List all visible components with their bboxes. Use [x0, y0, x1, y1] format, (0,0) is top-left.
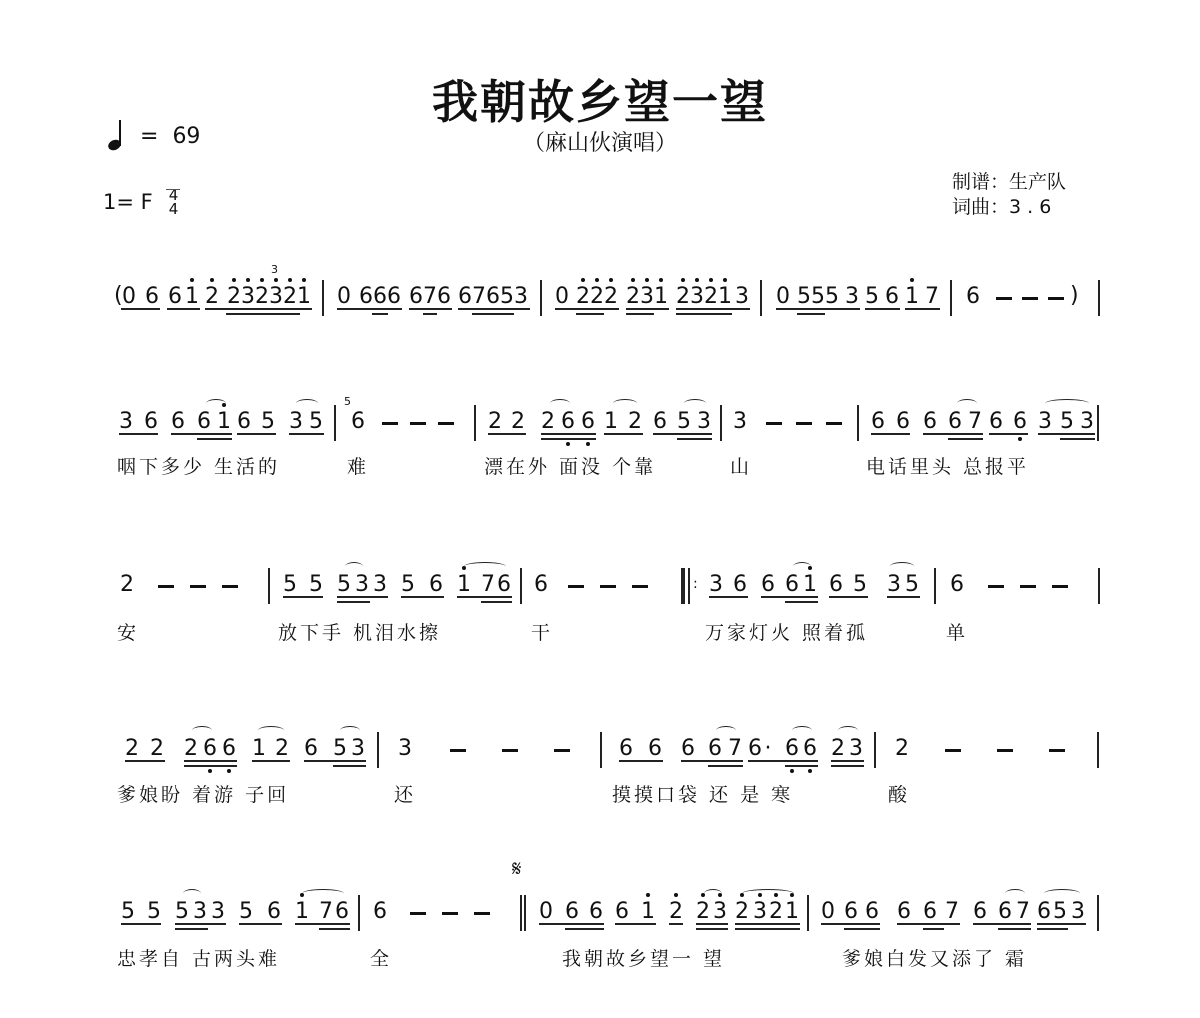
beam-underline: [481, 601, 512, 603]
beam-underline: [423, 313, 437, 315]
lyric-text: 爹娘盼 着游 子回: [117, 780, 289, 807]
beam-underline: [488, 433, 526, 435]
note: 5: [797, 284, 811, 309]
note: 3: [373, 572, 387, 597]
note: 6: [803, 736, 817, 761]
dash-sustain: [1022, 297, 1038, 300]
note: 6: [948, 409, 962, 434]
note: 2: [255, 284, 269, 309]
beam-underline: [197, 438, 232, 440]
note: 2: [275, 736, 289, 761]
note: 6: [844, 899, 858, 924]
lyric-text: 放下手 机泪水擦: [278, 618, 441, 645]
lyric-text: 还: [394, 780, 416, 807]
lyric-text: 电话里头 总报平: [866, 452, 1029, 479]
note: 7: [728, 736, 742, 761]
note: 6: [865, 899, 879, 924]
slur: [340, 726, 360, 735]
beam-underline: [776, 308, 860, 310]
beam-underline: [119, 433, 158, 435]
note: 6: [589, 899, 603, 924]
beam-underline: [761, 596, 818, 598]
beam-underline: [1060, 438, 1095, 440]
credit-arranger: 制谱：生产队: [952, 170, 1066, 195]
beam-underline: [897, 923, 960, 925]
beam-underline: [121, 308, 160, 310]
note: 2: [696, 899, 710, 924]
note: 5: [677, 409, 691, 434]
beam-underline: [676, 308, 750, 310]
octave-dot-below: [808, 769, 812, 773]
beam-underline: [696, 928, 728, 930]
note: 5: [175, 899, 189, 924]
note: 6: [359, 284, 373, 309]
note: 3: [241, 284, 255, 309]
note: 1: [905, 284, 919, 309]
slur: [464, 562, 506, 571]
note: 1: [803, 572, 817, 597]
note: 2: [831, 736, 845, 761]
dash-sustain: [1048, 297, 1064, 300]
dash-sustain: [190, 585, 206, 588]
note: 6: [733, 572, 747, 597]
octave-dot-above: [709, 278, 713, 282]
note: 1: [641, 899, 655, 924]
note: 6: [458, 284, 472, 309]
note: 6: [145, 284, 159, 309]
barline: [760, 280, 762, 316]
lyric-text: 忠孝自 古两头难: [117, 944, 280, 971]
grace-note: 5: [344, 395, 351, 408]
beam-underline: [669, 923, 683, 925]
beam-underline: [409, 308, 452, 310]
barline: [857, 405, 859, 441]
beam-underline: [252, 760, 290, 762]
beam-underline: [626, 313, 654, 315]
note: 2: [488, 409, 502, 434]
beam-underline: [401, 596, 444, 598]
beam-underline: [458, 308, 530, 310]
note: 0: [122, 284, 136, 309]
octave-dot-above: [631, 278, 635, 282]
note: 7: [472, 284, 486, 309]
note: 6: [998, 899, 1012, 924]
note: 6: [708, 736, 722, 761]
note: 3: [640, 284, 654, 309]
note: 6: [203, 736, 217, 761]
barline: [334, 405, 336, 441]
note: 5: [1053, 899, 1067, 924]
barline: [934, 568, 936, 604]
beam-underline: [539, 923, 604, 925]
beam-underline: [831, 765, 864, 767]
barline: [1098, 280, 1100, 316]
note: 6: [923, 409, 937, 434]
beam-underline: [1038, 433, 1095, 435]
note: 3: [514, 284, 528, 309]
dash-sustain: [1052, 585, 1068, 588]
note: 2: [283, 284, 297, 309]
barline: [474, 405, 476, 441]
slur: [792, 726, 812, 735]
quarter-note-icon: [106, 120, 126, 152]
octave-dot-below: [566, 442, 570, 446]
note: 3: [269, 284, 283, 309]
octave-dot-above: [288, 278, 292, 282]
beam-underline: [871, 433, 910, 435]
lyric-text: 干: [531, 618, 553, 645]
note: 2: [669, 899, 683, 924]
note: 2: [626, 284, 640, 309]
note: 1: [785, 899, 799, 924]
slur: [345, 562, 363, 571]
note: 2: [150, 736, 164, 761]
beam-underline: [576, 313, 604, 315]
key-signature: 1= F 4 4: [103, 188, 178, 216]
dash-sustain: [474, 912, 490, 915]
beam-underline: [125, 760, 165, 762]
octave-dot-above: [723, 278, 727, 282]
slur: [183, 889, 201, 898]
barline: [520, 568, 522, 604]
note: 5: [500, 284, 514, 309]
dash-sustain: [382, 422, 398, 425]
note: 6: [534, 572, 548, 597]
barline: [1097, 895, 1099, 931]
beam-underline: [998, 928, 1031, 930]
barline: [688, 568, 690, 604]
beam-underline: [748, 760, 818, 762]
note: 6: [989, 409, 1003, 434]
octave-dot-above: [595, 278, 599, 282]
beam-underline: [175, 928, 208, 930]
note: 5: [147, 899, 161, 924]
lyric-text: 难: [347, 452, 369, 479]
beam-underline: [829, 596, 868, 598]
note: 6: [486, 284, 500, 309]
beam-underline: [615, 923, 656, 925]
dash-sustain: [502, 749, 518, 752]
beam-underline: [304, 760, 366, 762]
octave-dot-above: [659, 278, 663, 282]
note: 3: [289, 409, 303, 434]
dash-sustain: [450, 749, 466, 752]
note: 6: [429, 572, 443, 597]
note: 6: [761, 572, 775, 597]
slur: [613, 399, 637, 408]
triplet-number: 3: [271, 263, 278, 276]
note: 2: [590, 284, 604, 309]
beam-underline: [681, 760, 743, 762]
slur: [793, 562, 811, 571]
slur: [206, 399, 226, 408]
dash-sustain: [568, 585, 584, 588]
note: 6: [785, 572, 799, 597]
dash-sustain: [600, 585, 616, 588]
octave-dot-below: [208, 769, 212, 773]
note: 5: [239, 899, 253, 924]
note: 6: [409, 284, 423, 309]
note: 3: [1080, 409, 1094, 434]
barline: [1097, 405, 1099, 441]
note: 2: [895, 736, 909, 761]
slur: [192, 726, 212, 735]
beam-underline: [239, 923, 282, 925]
note: 0: [776, 284, 790, 309]
dash-sustain: [442, 912, 458, 915]
lyric-text: 漂在外 面没 个靠: [484, 452, 656, 479]
note: 7: [925, 284, 939, 309]
note: 5: [401, 572, 415, 597]
octave-dot-above: [210, 278, 214, 282]
note: 2: [541, 409, 555, 434]
octave-dot-above: [609, 278, 613, 282]
note: 6: [829, 572, 843, 597]
note: 6: [581, 409, 595, 434]
note: 3: [193, 899, 207, 924]
beam-underline: [372, 313, 388, 315]
lyric-text: 酸: [888, 780, 910, 807]
note: 3: [697, 409, 711, 434]
note: 5: [865, 284, 879, 309]
beam-underline: [1037, 928, 1068, 930]
note: 3: [713, 899, 727, 924]
dash-sustain: [826, 422, 842, 425]
note: 6: [222, 736, 236, 761]
dash-sustain: [554, 749, 570, 752]
barline: [540, 280, 542, 316]
note: 2: [704, 284, 718, 309]
note: 3: [845, 284, 859, 309]
note: 6: [335, 899, 349, 924]
dash-sustain: [632, 585, 648, 588]
tempo-equals: =: [140, 124, 158, 149]
slur: [1005, 889, 1025, 898]
slur: [296, 399, 318, 408]
octave-dot-above: [674, 893, 678, 897]
beam-underline: [696, 923, 728, 925]
lyric-text: 爹娘白发又添了 霜: [842, 944, 1027, 971]
barline: [720, 405, 722, 441]
note: 2: [676, 284, 690, 309]
slur: [957, 399, 977, 408]
note: 5: [337, 572, 351, 597]
note: 3: [119, 409, 133, 434]
note: 3: [735, 284, 749, 309]
note: 3: [709, 572, 723, 597]
note: 6: [373, 899, 387, 924]
dash-sustain: [438, 422, 454, 425]
note: 2: [628, 409, 642, 434]
note: 5: [1060, 409, 1074, 434]
octave-dot-below: [1018, 437, 1022, 441]
beam-underline: [205, 308, 312, 310]
note: ·: [761, 736, 775, 761]
note: 2: [735, 899, 749, 924]
beam-underline: [821, 923, 880, 925]
note: 6: [648, 736, 662, 761]
slur: [838, 726, 858, 735]
note: 7: [423, 284, 437, 309]
lyric-text: 全: [370, 944, 392, 971]
beam-underline: [923, 928, 944, 930]
note: 6: [171, 409, 185, 434]
note: 7: [319, 899, 333, 924]
close-paren: ): [1070, 283, 1079, 308]
note: 6: [497, 572, 511, 597]
beam-underline: [175, 923, 226, 925]
note: 6: [619, 736, 633, 761]
beam-underline: [604, 433, 643, 435]
note: 6: [373, 284, 387, 309]
note: 6: [561, 409, 575, 434]
note: 5: [811, 284, 825, 309]
dash-sustain: [945, 749, 961, 752]
dash-sustain: [158, 585, 174, 588]
note: 1: [604, 409, 618, 434]
beam-underline: [973, 923, 1031, 925]
lyric-text: 我朝故乡望一 望: [562, 944, 725, 971]
beam-underline: [565, 928, 604, 930]
beam-underline: [541, 438, 596, 440]
slur: [716, 726, 736, 735]
beam-underline: [337, 308, 402, 310]
note: 3: [1071, 899, 1085, 924]
beam-underline: [619, 760, 663, 762]
beam-underline: [989, 433, 1028, 435]
beam-underline: [184, 765, 237, 767]
barline: [807, 895, 809, 931]
note: 5: [905, 572, 919, 597]
beam-underline: [923, 433, 983, 435]
beam-underline: [676, 313, 732, 315]
note: 2: [120, 572, 134, 597]
note: 6: [304, 736, 318, 761]
dash-sustain: [796, 422, 812, 425]
note: 3: [849, 736, 863, 761]
lyric-text: 安: [117, 618, 139, 645]
note: 2: [576, 284, 590, 309]
note: 6: [437, 284, 451, 309]
note: 3: [753, 899, 767, 924]
lyric-text: 咽下多少 生活的: [117, 452, 280, 479]
octave-dot-above: [910, 278, 914, 282]
dash-sustain: [1049, 749, 1065, 752]
beam-underline: [457, 596, 512, 598]
note: 5: [121, 899, 135, 924]
note: 2: [205, 284, 219, 309]
slur: [550, 399, 570, 408]
beam-underline: [905, 308, 940, 310]
note: 3: [398, 736, 412, 761]
beam-underline: [541, 433, 596, 435]
beam-underline: [708, 765, 743, 767]
note: 6: [950, 572, 964, 597]
octave-dot-above: [695, 278, 699, 282]
note: 0: [555, 284, 569, 309]
slur: [1044, 889, 1080, 898]
beam-underline: [797, 313, 825, 315]
slur: [890, 562, 914, 571]
lyric-text: 摸摸口袋 还 是 寒: [612, 780, 793, 807]
beam-underline: [785, 601, 818, 603]
beam-underline: [865, 308, 900, 310]
note: 0: [539, 899, 553, 924]
dash-sustain: [996, 297, 1012, 300]
note: 1: [457, 572, 471, 597]
note: 7: [945, 899, 959, 924]
note: 1: [718, 284, 732, 309]
beam-underline: [337, 596, 388, 598]
beam-underline: [283, 596, 323, 598]
note: 3: [211, 899, 225, 924]
time-signature: 4 4: [169, 188, 179, 216]
octave-dot-above: [260, 278, 264, 282]
tempo-value: 69: [172, 124, 200, 149]
beam-underline: [184, 760, 237, 762]
barline: [1097, 732, 1099, 768]
note: 6: [267, 899, 281, 924]
note: 6: [923, 899, 937, 924]
note: 6: [387, 284, 401, 309]
note: 2: [604, 284, 618, 309]
dash-sustain: [988, 585, 1004, 588]
beam-underline: [171, 433, 232, 435]
beam-underline: [555, 308, 619, 310]
note: 2: [125, 736, 139, 761]
beam-underline: [167, 308, 200, 310]
note: 6: [197, 409, 211, 434]
note: 5: [283, 572, 297, 597]
octave-dot-below: [227, 769, 231, 773]
key-label: 1= F: [103, 190, 153, 214]
dash-sustain: [766, 422, 782, 425]
note: 1: [297, 284, 311, 309]
beam-underline: [226, 313, 300, 315]
note: 3: [690, 284, 704, 309]
slur: [302, 889, 344, 898]
octave-dot-above: [581, 278, 585, 282]
octave-dot-above: [681, 278, 685, 282]
time-bottom: 4: [169, 202, 179, 216]
note: 6: [681, 736, 695, 761]
note: 6: [565, 899, 579, 924]
note: 6: [653, 409, 667, 434]
beam-underline: [1037, 923, 1086, 925]
lyric-text: 单: [946, 618, 968, 645]
dash-sustain: [1020, 585, 1036, 588]
beam-underline: [333, 765, 366, 767]
note: 2: [769, 899, 783, 924]
barline: [600, 732, 602, 768]
note: 6: [351, 409, 365, 434]
octave-dot-above: [645, 278, 649, 282]
beam-underline: [472, 313, 514, 315]
beam-underline: [831, 760, 864, 762]
dash-sustain: [997, 749, 1013, 752]
slur: [1045, 399, 1089, 408]
note: 3: [355, 572, 369, 597]
credit-writer: 词曲：3 . 6: [952, 195, 1066, 220]
double-barline-1: [520, 895, 522, 931]
note: 0: [821, 899, 835, 924]
note: 2: [511, 409, 525, 434]
beam-underline: [337, 601, 370, 603]
beam-underline: [948, 438, 983, 440]
note: 3: [351, 736, 365, 761]
note: 6: [1013, 409, 1027, 434]
octave-dot-above: [646, 893, 650, 897]
